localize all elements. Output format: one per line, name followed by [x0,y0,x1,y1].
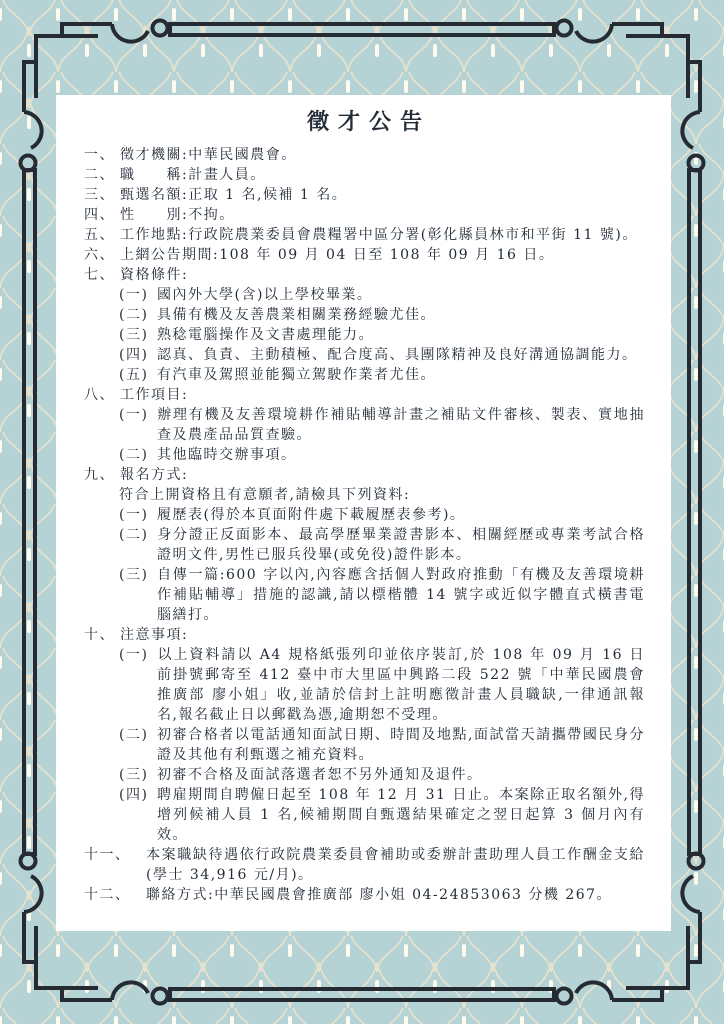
doc-line: 符合上開資格且有意願者,請檢具下列資料: [119,485,645,505]
border-edge-right [689,170,700,854]
doc-line: 七、資格條件: [84,265,645,285]
doc-line: (三)熟稔電腦操作及文書處理能力。 [119,325,645,345]
item-number: (一) [119,405,157,425]
item-text: 符合上開資格且有意願者,請檢具下列資料: [119,487,410,503]
doc-line: 五、工作地點:行政院農業委員會農糧署中區分署(彰化縣員林市和平街 11 號)。 [84,225,645,245]
item-text: 國內外大學(含)以上學校畢業。 [157,287,372,303]
doc-line: 九、報名方式: [84,465,645,485]
item-number: 十一、 [84,845,146,865]
page: { "colors": { "background": "#b5d3d4", "… [0,0,724,1024]
doc-line: (二)身分證正反面影本、最高學歷畢業證書影本、相關經歷或專業考試合格證明文件,男… [119,525,645,565]
page-title: 徵才公告 [84,105,645,136]
item-number: 八、 [84,385,120,405]
scroll-circle [557,21,572,36]
item-text: 上網公告期間:108 年 09 月 04 日至 108 年 09 月 16 日。 [120,247,554,263]
item-text: 認真、負責、主動積極、配合度高、具團隊精神及良好溝通協調能力。 [157,347,638,363]
item-text: 資格條件: [120,267,188,283]
item-number: 一、 [84,145,120,165]
doc-line: 一、徵才機關:中華民國農會。 [84,145,645,165]
item-number: 六、 [84,245,120,265]
item-number: (四) [119,345,157,365]
doc-line: (三)自傳一篇:600 字以內,內容應含括個人對政府推動「有機及友善環境耕作補貼… [119,565,645,625]
item-text: 工作項目: [120,387,188,403]
item-number: (三) [119,565,157,585]
item-text: 有汽車及駕照並能獨立駕駛作業者尤佳。 [157,367,436,383]
item-text: 其他臨時交辦事項。 [157,447,297,463]
item-number: (五) [119,365,157,385]
item-number: (三) [119,325,157,345]
doc-line: 十、注意事項: [84,625,645,645]
doc-line: 八、工作項目: [84,385,645,405]
item-number: (一) [119,285,157,305]
item-text: 熟稔電腦操作及文書處理能力。 [157,327,374,343]
scroll-circle [153,989,168,1004]
doc-line: (四)認真、負責、主動積極、配合度高、具團隊精神及良好溝通協調能力。 [119,345,645,365]
item-number: 二、 [84,165,120,185]
scroll-circle [557,989,572,1004]
doc-line: (二)其他臨時交辦事項。 [119,445,645,465]
item-text: 甄選名額:正取 1 名,候補 1 名。 [120,187,347,203]
item-text: 注意事項: [120,627,188,643]
item-number: 七、 [84,265,120,285]
item-number: (四) [119,785,157,805]
doc-line: (一)辦理有機及友善環境耕作補貼輔導計畫之補貼文件審核、製表、實地抽查及農產品品… [119,405,645,445]
item-text: 職 稱:計畫人員。 [120,167,266,183]
item-number: 三、 [84,185,120,205]
item-number: (三) [119,765,157,785]
item-text: 具備有機及友善農業相關業務經驗尤佳。 [157,307,436,323]
doc-line: 十二、聯絡方式:中華民國農會推廣部 廖小姐 04-24853063 分機 267… [84,885,645,905]
item-number: (二) [119,725,157,745]
doc-line: (二)初審合格者以電話通知面試日期、時間及地點,面試當天請攜帶國民身分證及其他有… [119,725,645,765]
border-edge-bottom [170,989,554,1000]
item-number: (二) [119,305,157,325]
item-text: 聯絡方式:中華民國農會推廣部 廖小姐 04-24853063 分機 267。 [146,887,612,903]
item-text: 性 別:不拘。 [120,207,235,223]
doc-line: (一)履歷表(得於本頁面附件處下載履歷表參考)。 [119,505,645,525]
doc-line: (三)初審不合格及面試落選者恕不另外通知及退件。 [119,765,645,785]
item-number: (二) [119,445,157,465]
item-text: 以上資料請以 A4 規格紙張列印並依序裝訂,於 108 年 09 月 16 日前… [157,647,645,723]
item-text: 本案職缺待遇依行政院農業委員會補助或委辦計畫助理人員工作酬金支給(學士 34,9… [146,847,645,883]
doc-line: 三、甄選名額:正取 1 名,候補 1 名。 [84,185,645,205]
doc-line: 四、性 別:不拘。 [84,205,645,225]
doc-line: (一)以上資料請以 A4 規格紙張列印並依序裝訂,於 108 年 09 月 16… [119,645,645,725]
item-number: 四、 [84,205,120,225]
item-text: 履歷表(得於本頁面附件處下載履歷表參考)。 [157,507,465,523]
item-number: (一) [119,645,157,665]
item-text: 報名方式: [120,467,188,483]
item-text: 初審合格者以電話通知面試日期、時間及地點,面試當天請攜帶國民身分證及其他有利甄選… [157,727,645,763]
item-number: 十、 [84,625,120,645]
doc-line: (一)國內外大學(含)以上學校畢業。 [119,285,645,305]
doc-body: 一、徵才機關:中華民國農會。二、職 稱:計畫人員。三、甄選名額:正取 1 名,候… [84,145,645,905]
doc-line: (四)聘雇期間自聘僱日起至 108 年 12 月 31 日止。本案除正取名額外,… [119,785,645,845]
doc-line: 二、職 稱:計畫人員。 [84,165,645,185]
border-edge-left [24,170,35,854]
item-number: (一) [119,505,157,525]
item-number: 九、 [84,465,120,485]
item-text: 身分證正反面影本、最高學歷畢業證書影本、相關經歷或專業考試合格證明文件,男性已服… [157,527,645,563]
scroll-circle [153,21,168,36]
doc-line: (五)有汽車及駕照並能獨立駕駛作業者尤佳。 [119,365,645,385]
item-text: 自傳一篇:600 字以內,內容應含括個人對政府推動「有機及友善環境耕作補貼輔導」… [157,567,645,623]
item-text: 初審不合格及面試落選者恕不另外通知及退件。 [157,767,483,783]
item-number: 五、 [84,225,120,245]
item-text: 徵才機關:中華民國農會。 [120,147,297,163]
doc-line: 六、上網公告期間:108 年 09 月 04 日至 108 年 09 月 16 … [84,245,645,265]
item-text: 工作地點:行政院農業委員會農糧署中區分署(彰化縣員林市和平街 11 號)。 [120,227,638,243]
document-panel: 徵才公告 一、徵才機關:中華民國農會。二、職 稱:計畫人員。三、甄選名額:正取 … [56,95,671,931]
item-number: 十二、 [84,885,146,905]
doc-line: (二)具備有機及友善農業相關業務經驗尤佳。 [119,305,645,325]
item-text: 聘雇期間自聘僱日起至 108 年 12 月 31 日止。本案除正取名額外,得增列… [157,787,645,843]
item-text: 辦理有機及友善環境耕作補貼輔導計畫之補貼文件審核、製表、實地抽查及農產品品質查驗… [157,407,645,443]
doc-line: 十一、本案職缺待遇依行政院農業委員會補助或委辦計畫助理人員工作酬金支給(學士 3… [84,845,645,885]
item-number: (二) [119,525,157,545]
border-edge-top [170,24,554,35]
